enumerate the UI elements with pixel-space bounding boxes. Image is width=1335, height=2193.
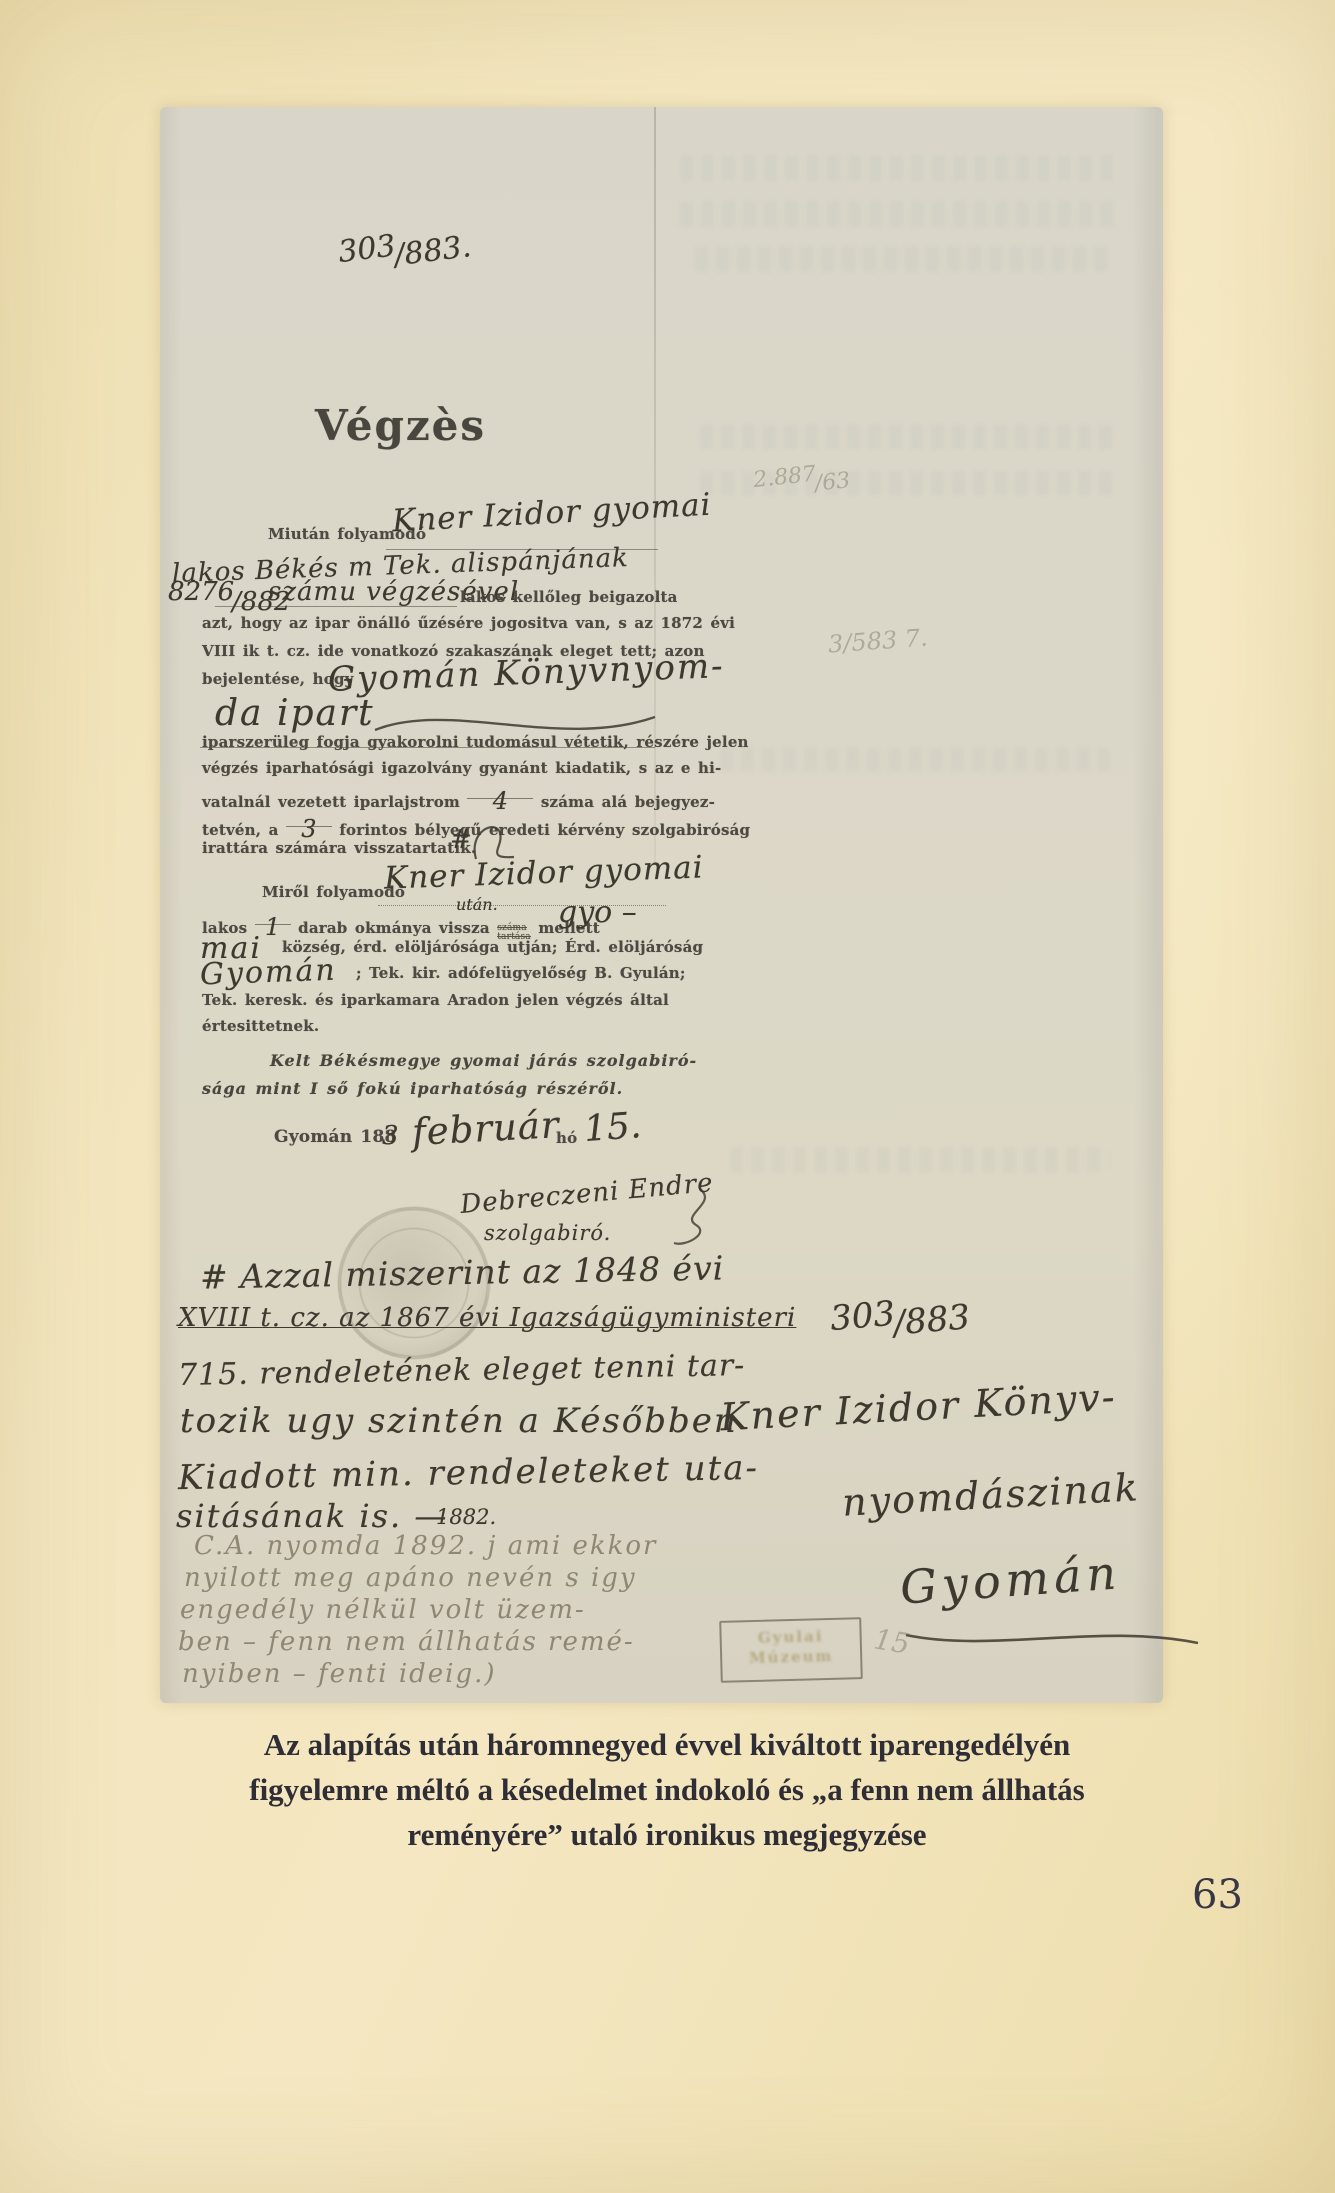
pencil-annotation-2: nyilott meg apáno nevén s igy (184, 1563, 637, 1593)
form-date-print1: Gyomán 188 (274, 1127, 397, 1147)
pencil-annotation-5: nyiben – fenti ideig.) (182, 1659, 497, 1689)
pencil-note-a: 2.887/63 (752, 458, 852, 493)
page-number: 63 (1192, 1872, 1243, 1918)
pen-annotation-4: tozik ugy szintén a Későbben (180, 1401, 738, 1441)
form-line12: irattára számára visszatartatik. (202, 839, 476, 857)
form-line15-print: község, érd. elöljárósága utján; Érd. el… (282, 938, 703, 956)
show-through-texture (695, 247, 1110, 271)
caption-line1: Az alapítás után háromnegyed évvel kivál… (132, 1722, 1202, 1767)
address-file-number: 303/883 (829, 1287, 973, 1339)
signature-paraph (670, 1185, 720, 1251)
form-line10-handwriting: 4 (493, 787, 508, 815)
address-file-number-numerator: 303 (829, 1294, 897, 1340)
form-line14-mid: darab okmánya vissza (298, 919, 490, 937)
pencil-mark-right: 15 (872, 1622, 912, 1660)
address-line2: nyomdászinak (841, 1465, 1141, 1525)
pen-flourish (902, 1623, 1202, 1653)
form-date-print2: hó (556, 1129, 577, 1147)
show-through-texture (730, 1147, 1110, 1173)
form-line7-handwriting: da ipart (215, 693, 375, 734)
pencil-note-a-bottom: /63 (814, 468, 852, 497)
document-title: Végzès (315, 401, 486, 450)
scanned-document: 303/883. Végzès 2.887/63 3/583 7. Miután… (160, 107, 1163, 1703)
form-line1-handwriting: Kner Izidor gyomai (391, 487, 712, 540)
form-line10-blank: 4 (467, 785, 533, 799)
fold-line (654, 107, 656, 865)
address-line3: Gyomán (898, 1545, 1122, 1614)
pen-annotation-6: sitásának is. — (176, 1497, 448, 1535)
form-line20: sága mint I ső fokú iparhatóság részéről… (202, 1079, 623, 1098)
form-date-hand-month: február (411, 1103, 561, 1154)
form-line10-post: száma alá bejegyez- (541, 793, 715, 811)
pen-annotation-5: Kiadott min. rendeleteket uta- (178, 1448, 760, 1498)
form-line19: Kelt Békésmegye gyomai járás szolgabiró- (270, 1051, 697, 1070)
form-line16-print: ; Tek. kir. adófelügyelőség B. Gyulán; (356, 964, 686, 982)
ruled-line (215, 606, 457, 607)
form-line9: végzés iparhatósági igazolvány gyanánt k… (202, 759, 721, 777)
file-number-top: 303/883. (336, 219, 473, 270)
pen-annotation-3: 715. rendeletének eleget tenni tar- (178, 1348, 746, 1393)
form-line18: értesittetnek. (202, 1017, 319, 1035)
form-line17: Tek. keresk. és iparkamara Aradon jelen … (202, 991, 669, 1009)
form-line14-handwriting: 1 (265, 913, 280, 941)
form-line8: iparszerüleg fogja gyakorolni tudomásul … (202, 733, 749, 751)
show-through-texture (680, 201, 1120, 227)
form-line10-pre: vatalnál vezetett iparlajstrom (202, 793, 460, 811)
address-line1: Kner Izidor Könyv- (719, 1375, 1117, 1440)
pen-annotation-year: 1882. (436, 1505, 496, 1529)
form-line14-handwriting2: gyo – (558, 895, 637, 930)
form-line10: vatalnál vezetett iparlajstrom 4 száma a… (202, 785, 715, 811)
caption: Az alapítás után háromnegyed évvel kivál… (132, 1722, 1202, 1857)
address-file-number-denominator: /883 (892, 1297, 972, 1344)
form-line11-blank: 3 (286, 813, 332, 827)
form-line14-blank: 1 (255, 911, 291, 925)
pen-annotation-1: # Azzal miszerint az 1848 évi (200, 1248, 725, 1296)
form-line4: azt, hogy az ipar önálló űzésére jogosit… (202, 614, 735, 632)
form-date-hand-year: 3 (382, 1121, 399, 1151)
box-stamp-line2: Múzeum (722, 1645, 860, 1669)
file-number-top-denominator: /883. (392, 229, 473, 273)
show-through-texture (720, 747, 1110, 771)
form-line11-pre: tetvén, a (202, 821, 279, 839)
form-line3-print: lakos kellőleg beigazolta (460, 588, 678, 606)
pencil-annotation-4: ben – fenn nem állhatás remé- (178, 1627, 635, 1657)
pen-annotation-2: XVIII t. cz. az 1867 évi Igazságügyminis… (178, 1303, 796, 1333)
form-date-hand-day: 15. (583, 1105, 643, 1150)
book-page: 303/883. Végzès 2.887/63 3/583 7. Miután… (0, 0, 1335, 2193)
form-line11-post: forintos bélyegű eredeti kérvény szolgab… (339, 821, 750, 839)
signature-role: szolgabiró. (484, 1221, 611, 1245)
form-line3-numerator: 8276 (168, 577, 234, 607)
show-through-texture (700, 425, 1120, 449)
pencil-annotation-3: engedély nélkül volt üzem- (180, 1595, 586, 1625)
caption-line3: reményére” utaló ironikus megjegyzése (132, 1812, 1202, 1857)
library-box-stamp: Gyulai Múzeum (719, 1617, 863, 1683)
pencil-note-b: 3/583 7. (827, 624, 928, 659)
caption-line2: figyelemre méltó a késedelmet indokoló é… (132, 1767, 1202, 1812)
show-through-texture (680, 155, 1120, 181)
pencil-annotation-1: C.A. nyomda 1892. j ami ekkor (194, 1531, 657, 1561)
form-line16-handwriting: Gyomán (199, 953, 337, 993)
file-number-top-numerator: 303 (336, 228, 397, 270)
